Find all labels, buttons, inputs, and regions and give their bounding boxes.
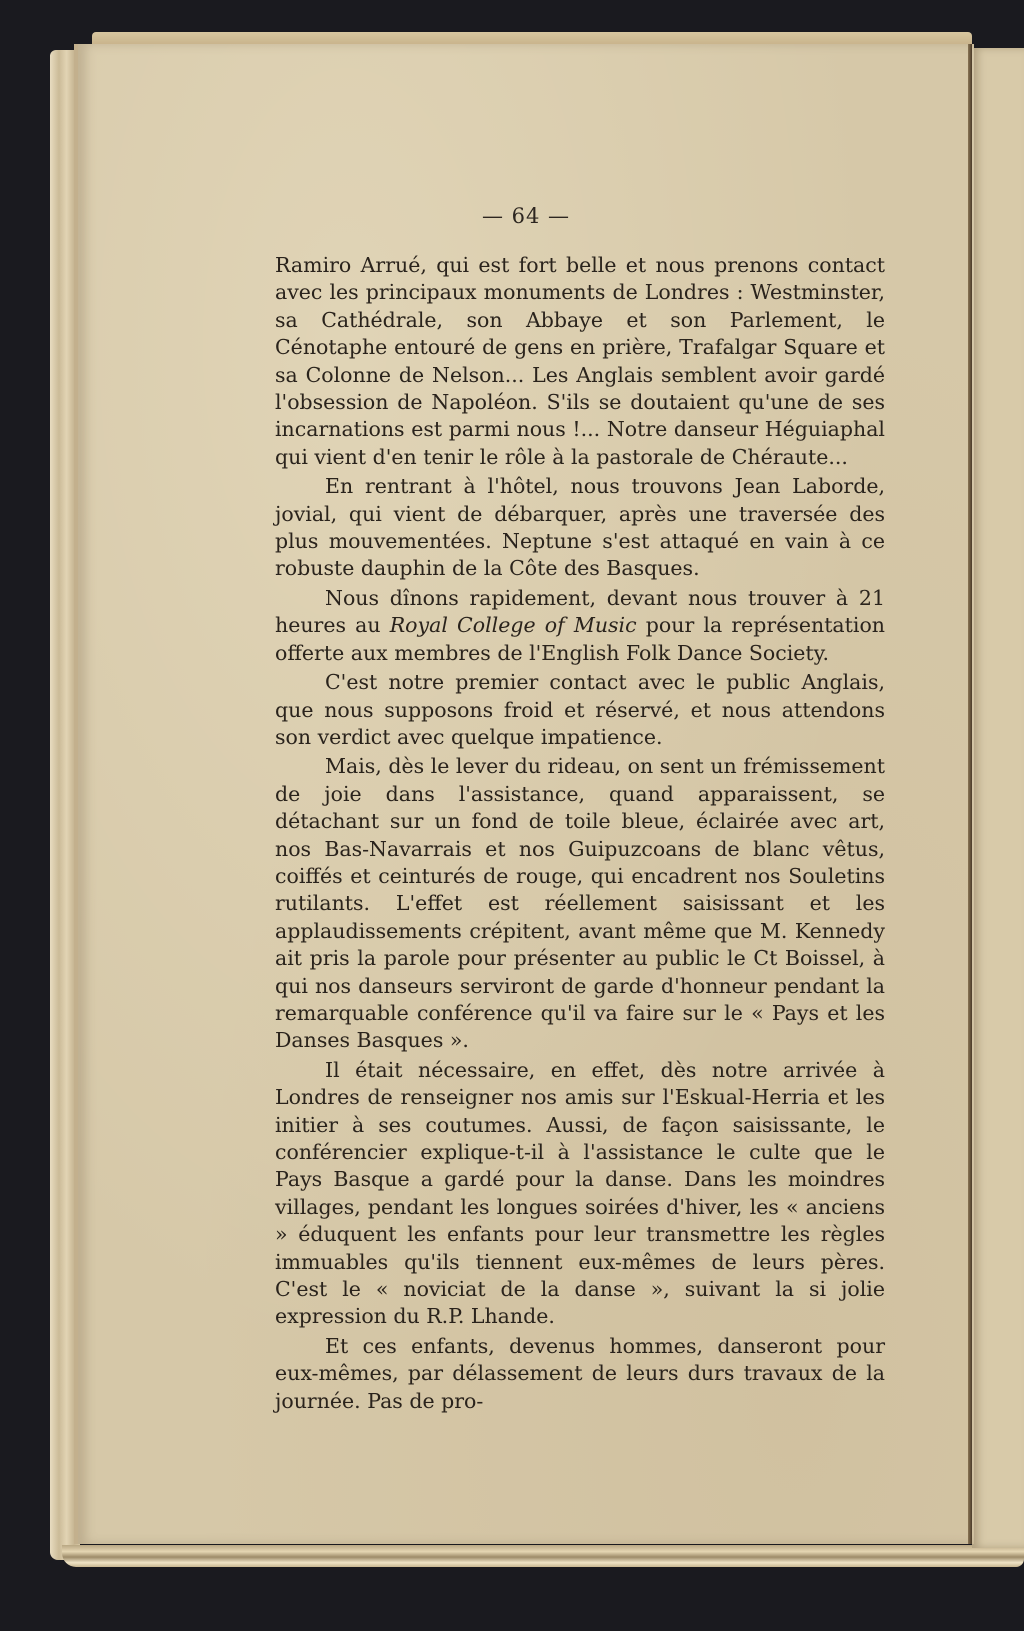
paragraph-5: Mais, dès le lever du rideau, on sent un… [275,753,885,1054]
body-text: Ramiro Arrué, qui est fort belle et nous… [275,252,885,1417]
paragraph-2: En rentrant à l'hôtel, nous trouvons Jea… [275,473,885,583]
paragraph-4: C'est notre premier contact avec le publ… [275,669,885,751]
facing-page [972,48,1024,1548]
book-gutter [968,44,972,1544]
page-stack-bottom-edge [62,1545,1024,1567]
paragraph-3: Nous dînons rapidement, devant nous trou… [275,585,885,667]
paragraph-7: Et ces enfants, devenus hommes, danseron… [275,1333,885,1415]
page-number: — 64 — [78,204,974,228]
italic-title: Royal College of Music [390,613,637,637]
paragraph-1: Ramiro Arrué, qui est fort belle et nous… [275,252,885,471]
paragraph-6: Il était nécessaire, en effet, dès notre… [275,1057,885,1331]
